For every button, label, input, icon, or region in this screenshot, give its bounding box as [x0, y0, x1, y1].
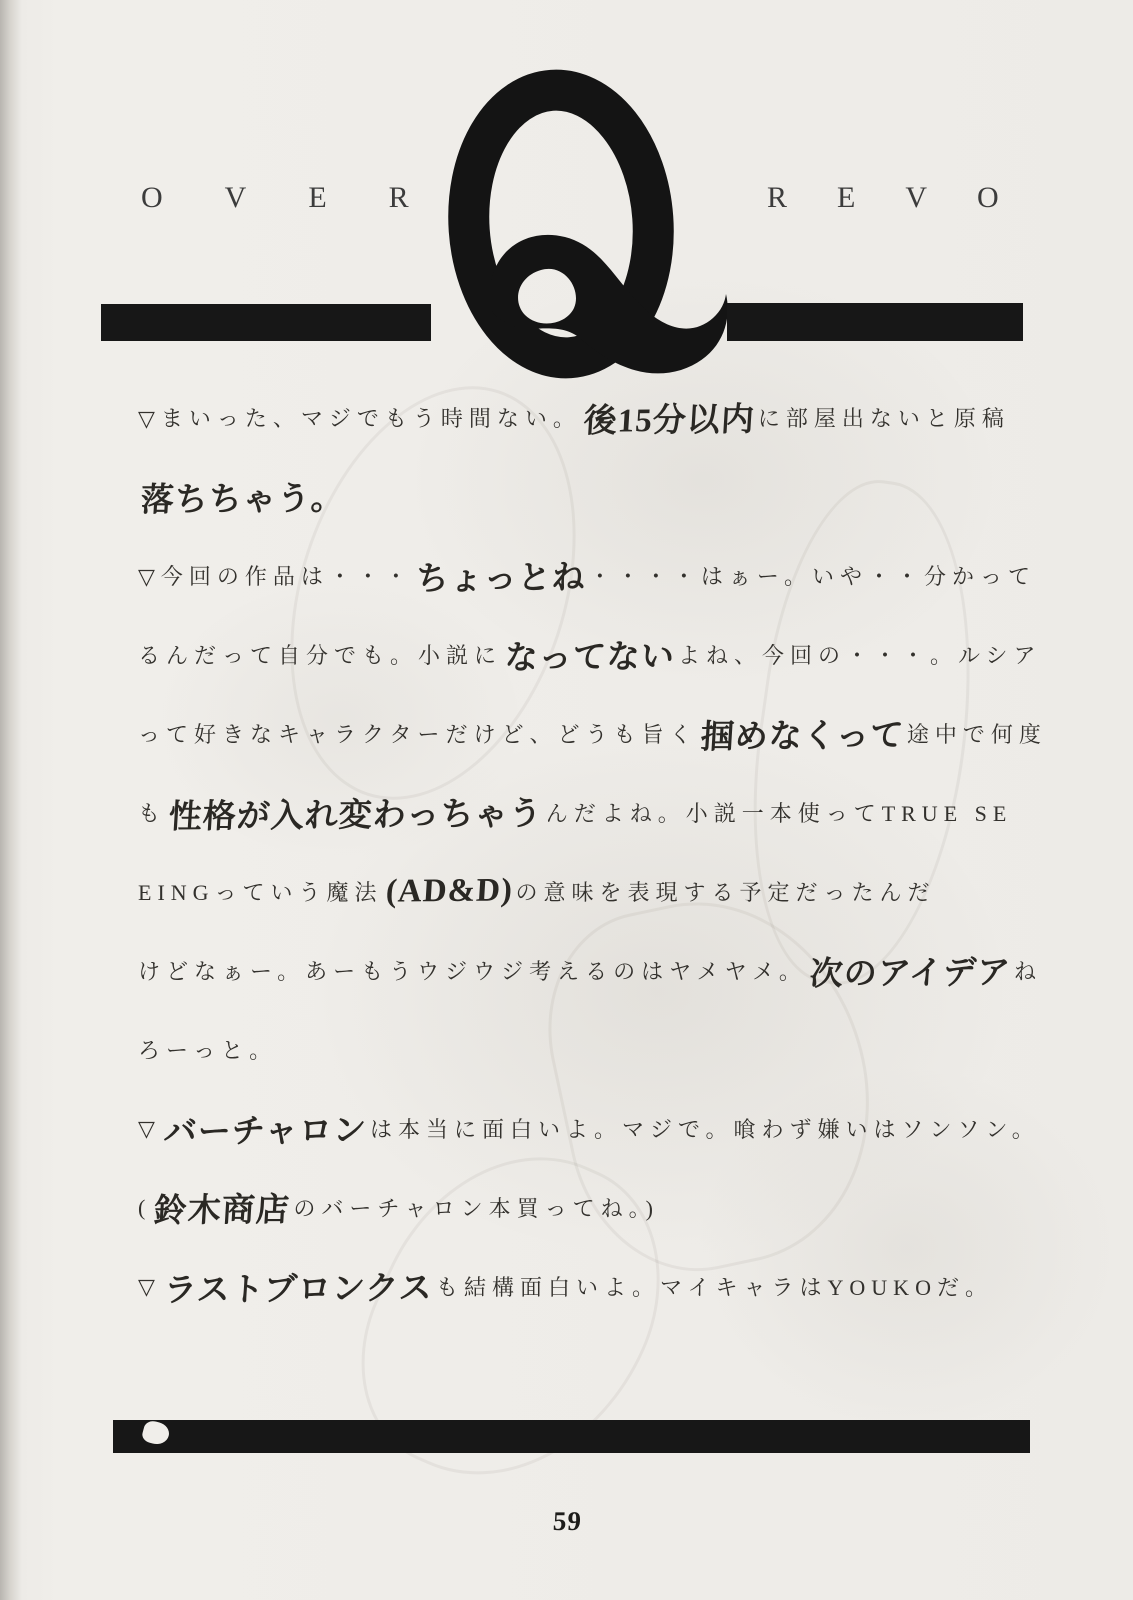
emphasized-text-segment: 次のアイデア: [808, 946, 1012, 995]
emphasized-text-segment: ちょっとね: [414, 551, 587, 599]
text-segment: んだよね。小説一本使ってTRUE SE: [546, 797, 1013, 828]
text-line: ろーっと。: [138, 1010, 1018, 1089]
text-segment: は本当に面白いよ。マジで。喰わず嫌いはソンソン。: [370, 1113, 1040, 1144]
emphasized-text-segment: 落ちちゃう。: [140, 472, 347, 521]
text-line: EINGっていう魔法(AD&D)の意味を表現する予定だったんだ: [138, 852, 1018, 931]
text-line: も性格が入れ変わっちゃうんだよね。小説一本使ってTRUE SE: [138, 773, 1018, 852]
text-segment: ・・・・はぁー。いや・・分かって: [589, 560, 1036, 591]
text-segment: も結構面白いよ。マイキャラはYOUKOだ。: [436, 1271, 993, 1302]
text-line: るんだって自分でも。小説になってないよね、今回の・・・。ルシア: [138, 615, 1018, 694]
text-line: って好きなキャラクターだけど、どうも旨く掴めなくって途中で何度: [138, 694, 1018, 773]
text-segment: よね、今回の・・・。ルシア: [678, 639, 1041, 670]
text-segment: って好きなキャラクターだけど、どうも旨く: [138, 718, 698, 749]
header-word-over: OVER: [141, 181, 471, 215]
emphasized-text-segment: 後15分以内: [582, 393, 756, 441]
text-line: (鈴木商店のバーチャロン本買ってね。): [138, 1168, 1018, 1247]
text-segment: (: [138, 1195, 151, 1221]
emphasized-text-segment: バーチャロン: [162, 1104, 368, 1153]
text-segment: ろーっと。: [138, 1034, 277, 1065]
afterword-text: ▽まいった、マジでもう時間ない。後15分以内に部屋出ないと原稿落ちちゃう。▽今回…: [138, 378, 1018, 1326]
text-line: ▽バーチャロンは本当に面白いよ。マジで。喰わず嫌いはソンソン。: [138, 1089, 1018, 1168]
text-segment: 途中で何度: [907, 718, 1047, 749]
q-monogram-glyph: [433, 58, 735, 388]
emphasized-text-segment: (AD&D): [384, 872, 513, 910]
footer-rule: [113, 1420, 1030, 1453]
text-line: ▽今回の作品は・・・ちょっとね・・・・はぁー。いや・・分かって: [138, 536, 1018, 615]
text-segment: に部屋出ないと原稿: [758, 402, 1010, 433]
emphasized-text-segment: 性格が入れ変わっちゃう: [167, 787, 544, 837]
ink-blotch: [141, 1419, 172, 1447]
text-segment: ね: [1014, 955, 1042, 986]
text-segment: ▽: [138, 1274, 161, 1300]
text-segment: も: [138, 797, 166, 828]
emphasized-text-segment: ラストブロンクス: [162, 1262, 434, 1311]
text-line: 落ちちゃう。: [138, 457, 1018, 536]
text-segment: ▽: [138, 1116, 161, 1142]
header-rule-left: [101, 304, 431, 341]
scanned-page: OVER REVO ▽まいった、マジでもう時間ない。後15分以内に部屋出ないと原…: [0, 0, 1133, 1600]
text-segment: ▽今回の作品は・・・: [138, 560, 413, 591]
text-line: ▽ラストブロンクスも結構面白いよ。マイキャラはYOUKOだ。: [138, 1247, 1018, 1326]
header-word-revo: REVO: [767, 181, 1049, 215]
text-segment: EINGっていう魔法: [138, 876, 383, 907]
text-segment: の意味を表現する予定だったんだ: [516, 876, 936, 907]
text-line: けどなぁー。あーもうウジウジ考えるのはヤメヤメ。次のアイデアね: [138, 931, 1018, 1010]
emphasized-text-segment: 鈴木商店: [153, 1183, 292, 1231]
text-segment: るんだって自分でも。小説に: [138, 639, 502, 670]
text-segment: けどなぁー。あーもうウジウジ考えるのはヤメヤメ。: [138, 955, 807, 986]
emphasized-text-segment: 掴めなくって: [699, 709, 905, 758]
page-number: 59: [552, 1506, 583, 1537]
emphasized-text-segment: なってない: [504, 630, 677, 678]
header-rule-right: [727, 303, 1023, 341]
text-segment: ▽まいった、マジでもう時間ない。: [138, 402, 581, 433]
text-segment: のバーチャロン本買ってね。): [293, 1192, 659, 1223]
text-line: ▽まいった、マジでもう時間ない。後15分以内に部屋出ないと原稿: [138, 378, 1018, 457]
